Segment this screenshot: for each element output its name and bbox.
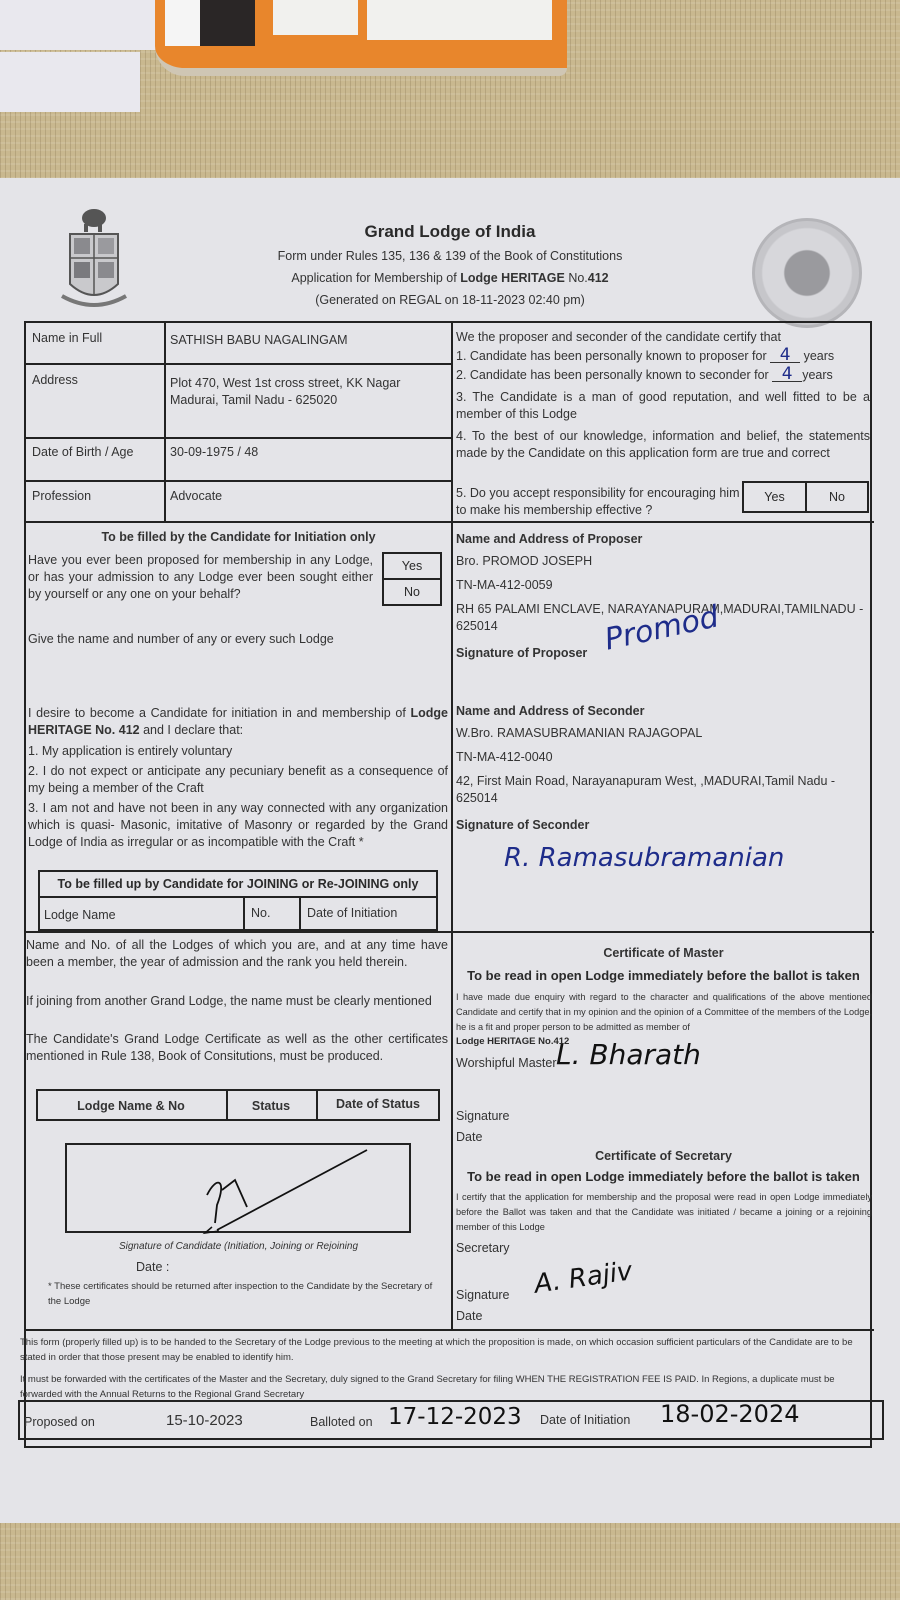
balloted-on-label: Balloted on xyxy=(310,1414,373,1431)
joining-para-3: The Candidate's Grand Lodge Certificate … xyxy=(26,1031,448,1065)
candidate-signature-caption: Signature of Candidate (Initiation, Join… xyxy=(26,1241,451,1252)
initiation-question: Have you ever been proposed for membersh… xyxy=(28,552,373,603)
address-label: Address xyxy=(32,373,78,387)
name-label: Name in Full xyxy=(32,331,102,345)
footer-note-2: It must be forwarded with the certificat… xyxy=(20,1372,872,1402)
seconder-id: TN-MA-412-0040 xyxy=(456,749,553,766)
dob-value: 30-09-1975 / 48 xyxy=(170,445,258,459)
balloted-on-value: 17-12-2023 xyxy=(388,1404,522,1430)
secretary-signature: A. Rajiv xyxy=(532,1256,634,1299)
subtitle-prefix: Application for Membership of xyxy=(291,271,460,285)
profession-label: Profession xyxy=(32,489,91,503)
encourage-yes-option[interactable]: Yes xyxy=(742,481,807,513)
master-date-label: Date xyxy=(456,1129,482,1146)
name-value: SATHISH BABU NAGALINGAM xyxy=(170,333,348,347)
status-col-date: Date of Status xyxy=(316,1096,440,1113)
certify-item-3: 3. The Candidate is a man of good reputa… xyxy=(456,389,870,423)
subtitle-lodge-number: 412 xyxy=(588,271,609,285)
candidate-date-label: Date : xyxy=(136,1259,169,1276)
proposed-on-label: Proposed on xyxy=(24,1414,95,1431)
proposed-before-no-option[interactable]: No xyxy=(382,578,442,606)
certify-item-2: 2. Candidate has been personally known t… xyxy=(456,367,870,384)
years-label: years xyxy=(802,368,833,382)
desire-text: I desire to become a Candidate for initi… xyxy=(28,706,406,720)
certify-item-5: 5. Do you accept responsibility for enco… xyxy=(456,485,742,519)
proposer-id: TN-MA-412-0059 xyxy=(456,577,553,594)
regional-grand-lodge-seal-icon xyxy=(752,218,862,328)
proposer-signature-label: Signature of Proposer xyxy=(456,645,587,662)
give-lodge-name-label: Give the name and number of any or every… xyxy=(28,631,334,648)
dates-bar: Proposed on 15-10-2023 Balloted on 17-12… xyxy=(18,1400,884,1440)
joining-col-lodge-name: Lodge Name xyxy=(44,907,116,924)
joining-para-2: If joining from another Grand Lodge, the… xyxy=(26,993,448,1010)
certify-item-1: 1. Candidate has been personally known t… xyxy=(456,348,870,365)
form-header: Grand Lodge of India Form under Rules 13… xyxy=(0,178,900,323)
years-label: years xyxy=(804,349,835,363)
master-role: Worshipful Master xyxy=(456,1055,557,1072)
certify-item-2-text: 2. Candidate has been personally known t… xyxy=(456,368,769,382)
seconder-years-value: 4 xyxy=(772,367,802,382)
secretary-subheading: To be read in open Lodge immediately bef… xyxy=(453,1169,874,1184)
secretary-signature-label: Signature xyxy=(456,1287,510,1304)
address-line2: Madurai, Tamil Nadu - 625020 xyxy=(170,392,337,409)
master-subheading: To be read in open Lodge immediately bef… xyxy=(453,968,874,983)
status-col-status: Status xyxy=(226,1098,316,1115)
master-signature-label: Signature xyxy=(456,1108,510,1125)
application-form: Grand Lodge of India Form under Rules 13… xyxy=(0,178,900,1523)
secretary-heading: Certificate of Secretary xyxy=(453,1148,874,1165)
joining-col-no: No. xyxy=(251,905,270,922)
seconder-heading: Name and Address of Seconder xyxy=(456,703,644,720)
initiation-heading: To be filled by the Candidate for Initia… xyxy=(26,529,451,546)
declaration-1: 1. My application is entirely voluntary xyxy=(28,743,232,760)
proposer-name: Bro. PROMOD JOSEPH xyxy=(456,553,592,570)
footer-note-1: This form (properly filled up) is to be … xyxy=(20,1335,872,1365)
proposed-on-value: 15-10-2023 xyxy=(166,1412,243,1429)
address-line1: Plot 470, West 1st cross street, KK Naga… xyxy=(170,375,400,392)
seconder-signature: R. Ramasubramanian xyxy=(504,843,784,873)
master-certificate-text: I have made due enquiry with regard to t… xyxy=(456,990,872,1035)
seconder-signature-label: Signature of Seconder xyxy=(456,817,589,834)
desire-statement: I desire to become a Candidate for initi… xyxy=(28,705,448,739)
secretary-role: Secretary xyxy=(456,1240,510,1257)
subtitle-lodge: Lodge HERITAGE xyxy=(460,271,565,285)
background-book xyxy=(155,0,567,76)
encourage-no-option[interactable]: No xyxy=(805,481,869,513)
joining-para-1: Name and No. of all the Lodges of which … xyxy=(26,937,448,971)
certify-item-4: 4. To the best of our knowledge, informa… xyxy=(456,428,870,462)
candidate-signature-icon xyxy=(67,1135,413,1235)
status-col-lodge: Lodge Name & No xyxy=(36,1098,226,1115)
subtitle-no: No. xyxy=(565,271,588,285)
form-grid: Name in Full SATHISH BABU NAGALINGAM Add… xyxy=(24,321,872,1448)
secretary-certificate-text: I certify that the application for membe… xyxy=(456,1190,872,1235)
candidate-signature-box[interactable] xyxy=(65,1143,411,1233)
seconder-address: 42, First Main Road, Narayanapuram West,… xyxy=(456,773,870,807)
date-of-initiation-label: Date of Initiation xyxy=(540,1412,630,1429)
joining-col-date: Date of Initiation xyxy=(307,905,397,922)
proposer-heading: Name and Address of Proposer xyxy=(456,531,642,548)
declaration-2: 2. I do not expect or anticipate any pec… xyxy=(28,763,448,797)
secretary-date-label: Date xyxy=(456,1308,482,1325)
profession-value: Advocate xyxy=(170,489,222,503)
certify-item-1-text: 1. Candidate has been personally known t… xyxy=(456,349,767,363)
joining-heading: To be filled up by Candidate for JOINING… xyxy=(38,870,438,898)
date-of-initiation-value: 18-02-2024 xyxy=(660,1400,799,1428)
seconder-name: W.Bro. RAMASUBRAMANIAN RAJAGOPAL xyxy=(456,725,702,742)
declaration-3: 3. I am not and have not been in any way… xyxy=(28,800,448,851)
dob-label: Date of Birth / Age xyxy=(32,445,133,459)
certify-intro: We the proposer and seconder of the cand… xyxy=(456,329,870,346)
certificates-footnote: * These certificates should be returned … xyxy=(48,1279,438,1309)
proposer-years-value: 4 xyxy=(770,348,800,363)
desire-suffix: and I declare that: xyxy=(140,723,244,737)
proposed-before-yes-option[interactable]: Yes xyxy=(382,552,442,580)
background-paper xyxy=(0,52,140,112)
master-lodge: Lodge HERITAGE No.412 xyxy=(456,1036,569,1047)
master-heading: Certificate of Master xyxy=(453,945,874,962)
background-paper xyxy=(0,0,160,50)
master-signature: L. Bharath xyxy=(556,1038,701,1071)
